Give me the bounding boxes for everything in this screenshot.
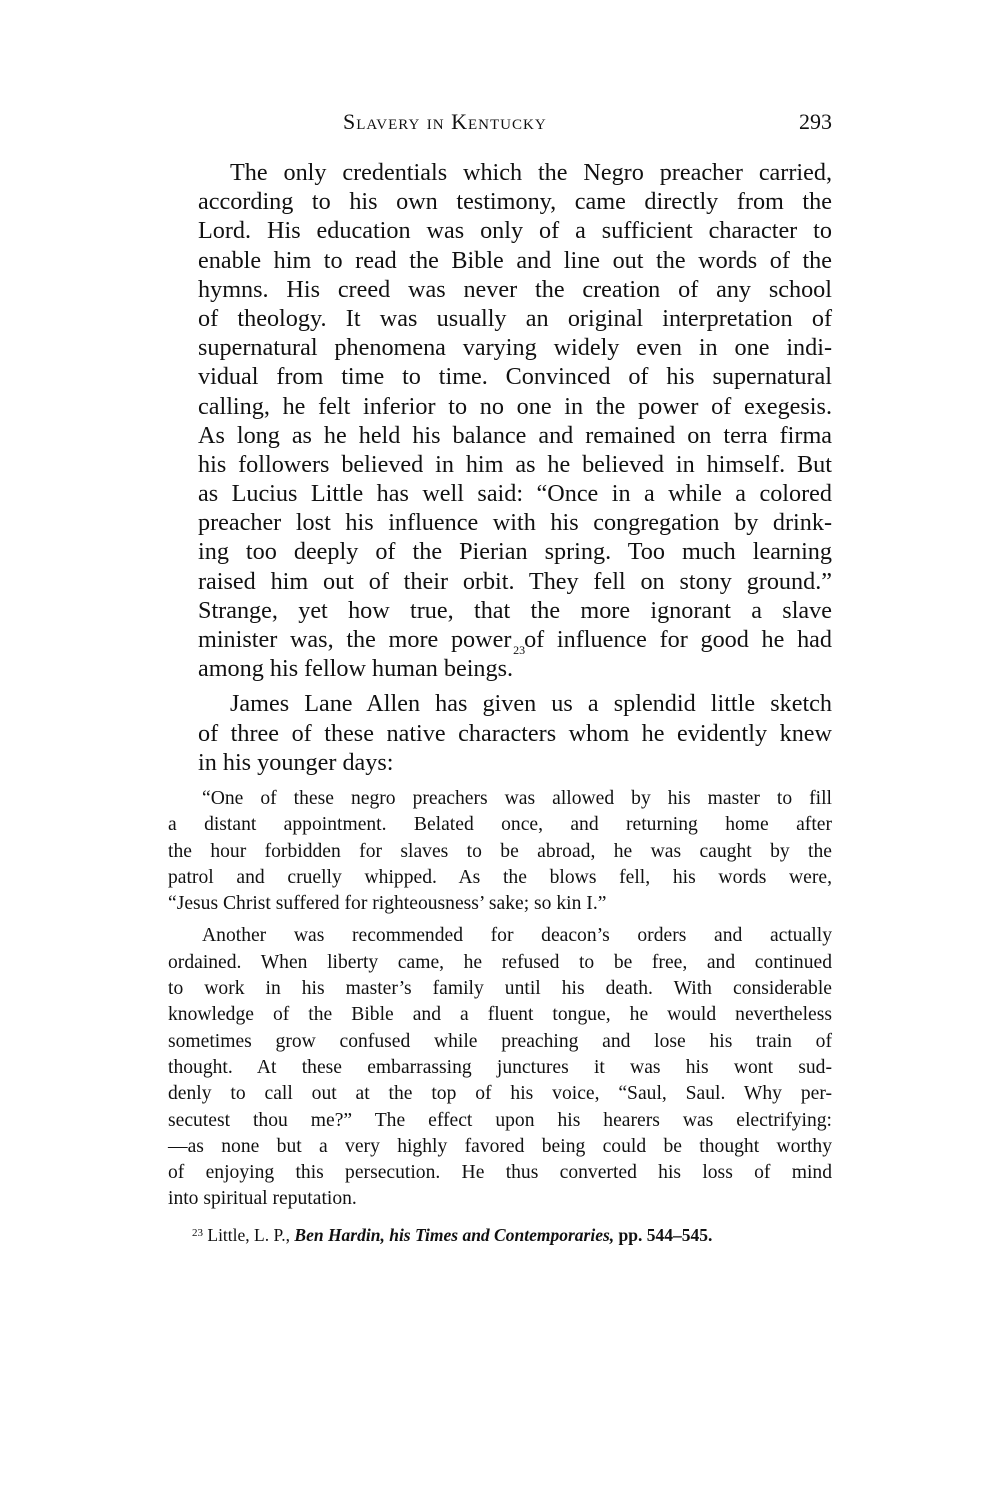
text-line: The only credentials which the Negro pre…	[168, 158, 832, 187]
quote-line: sometimes grow confused while preaching …	[168, 1029, 832, 1055]
footnote-number: 23	[192, 1227, 203, 1239]
text-line: raised him out of their orbit. They fell…	[168, 567, 832, 596]
text-line: minister was, the more power of influenc…	[168, 625, 832, 654]
quote-paragraph-2: Another was recommended for deacon’s ord…	[168, 923, 832, 1212]
text-line: among his fellow human beings.	[198, 655, 513, 682]
text-line: of three of these native characters whom…	[168, 719, 832, 748]
footnote-title: Ben Hardin, his Times and Contemporaries…	[294, 1225, 614, 1245]
quote-line: —as none but a very highly favored being…	[168, 1134, 832, 1160]
text-line: according to his own testimony, came dir…	[168, 187, 832, 216]
quote-paragraph-1: “One of these negro preachers was allowe…	[168, 786, 832, 917]
page-number: 293	[799, 106, 832, 138]
text-line: Lord. His education was only of a suffic…	[168, 216, 832, 245]
text-line: supernatural phenomena varying widely ev…	[168, 333, 832, 362]
quote-line: of enjoying this persecution. He thus co…	[168, 1160, 832, 1186]
running-head: Slavery in Kentucky 293	[168, 106, 832, 138]
text-line: hymns. His creed was never the creation …	[168, 275, 832, 304]
quote-line: secutest thou me?” The effect upon his h…	[168, 1108, 832, 1134]
text-line: Strange, yet how true, that the more ign…	[168, 596, 832, 625]
text-line: James Lane Allen has given us a splendid…	[168, 689, 832, 718]
quote-line: denly to call out at the top of his voic…	[168, 1081, 832, 1107]
text-line: preacher lost his influence with his con…	[168, 508, 832, 537]
text-line: as Lucius Little has well said: “Once in…	[168, 479, 832, 508]
paragraph-1: The only credentials which the Negro pre…	[168, 158, 832, 683]
block-quote: “One of these negro preachers was allowe…	[168, 786, 832, 1213]
quote-line: the hour forbidden for slaves to be abro…	[168, 839, 832, 865]
text-line: ing too deeply of the Pierian spring. To…	[168, 537, 832, 566]
quote-line: patrol and cruelly whipped. As the blows…	[168, 865, 832, 891]
running-title: Slavery in Kentucky	[343, 106, 547, 138]
quote-line: thought. At these embarrassing junctures…	[168, 1055, 832, 1081]
footnote-author: Little, L. P.,	[207, 1225, 290, 1245]
quote-line: “One of these negro preachers was allowe…	[168, 786, 832, 812]
text-line: in his younger days:	[168, 748, 832, 777]
text-line: enable him to read the Bible and line ou…	[168, 246, 832, 275]
footnote: 23 Little, L. P., Ben Hardin, his Times …	[192, 1222, 832, 1248]
text-line: of theology. It was usually an original …	[168, 304, 832, 333]
text-line: As long as he held his balance and remai…	[168, 421, 832, 450]
text-line-with-footnote: among his fellow human beings.23	[168, 654, 832, 683]
quote-line: ordained. When liberty came, he refused …	[168, 950, 832, 976]
quote-line: knowledge of the Bible and a fluent tong…	[168, 1002, 832, 1028]
quote-line: Another was recommended for deacon’s ord…	[168, 923, 832, 949]
text-line: vidual from time to time. Convinced of h…	[168, 362, 832, 391]
text-line: calling, he felt inferior to no one in t…	[168, 392, 832, 421]
paragraph-2: James Lane Allen has given us a splendid…	[168, 689, 832, 777]
quote-line: into spiritual reputation.	[168, 1186, 832, 1212]
body-text: The only credentials which the Negro pre…	[168, 158, 832, 777]
quote-line: a distant appointment. Belated once, and…	[168, 812, 832, 838]
quote-line: to work in his master’s family until his…	[168, 976, 832, 1002]
footnote-reference[interactable]: 23	[513, 643, 525, 657]
quote-line: “Jesus Christ suffered for righteousness…	[168, 891, 832, 917]
text-line: his followers believed in him as he beli…	[168, 450, 832, 479]
footnote-pages: pp. 544–545.	[619, 1225, 713, 1245]
